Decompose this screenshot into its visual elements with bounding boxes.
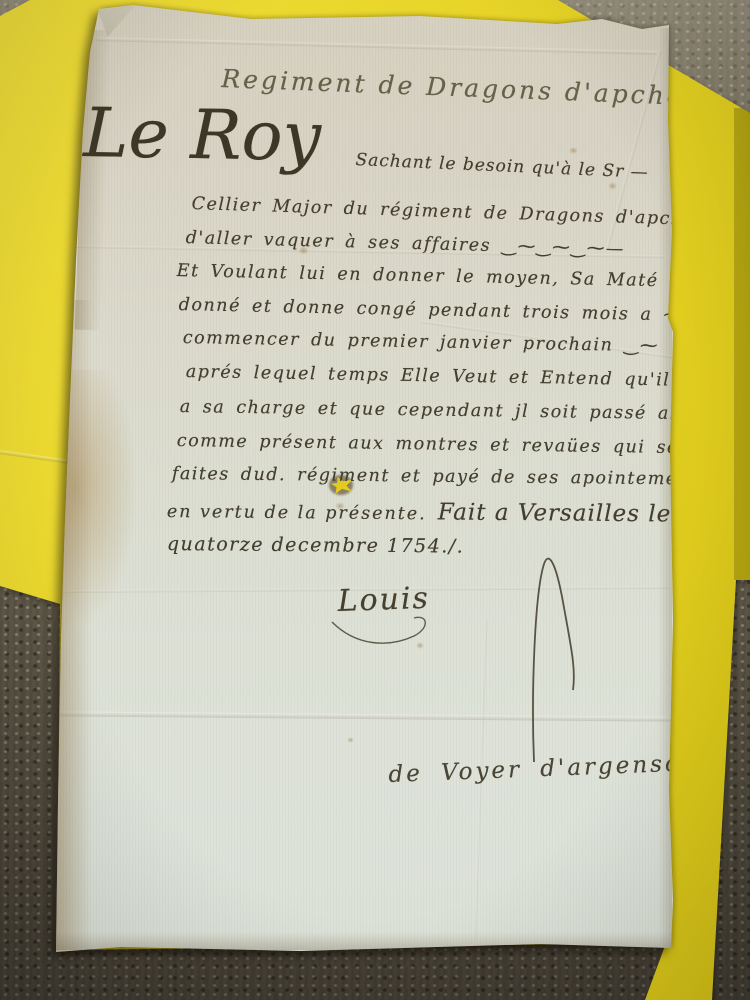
foxing-spot — [569, 147, 578, 154]
document-wrapper: Regiment de Dragons d'apchon Le Roy Sach… — [0, 0, 750, 1000]
royal-title-le-roy: Le Roy — [83, 100, 322, 172]
signature-underline-flourish — [326, 612, 446, 660]
secretary-paraph-stroke — [520, 550, 590, 772]
manuscript-document: Regiment de Dragons d'apchon Le Roy Sach… — [0, 0, 750, 1000]
date-line: quatorze decembre 1754./. — [167, 533, 465, 558]
closing-prefix: en vertu de la présente. — [167, 502, 427, 524]
foxing-spot — [347, 737, 354, 743]
photo-of-manuscript: Regiment de Dragons d'apchon Le Roy Sach… — [0, 0, 750, 1000]
foxing-spot — [608, 182, 617, 190]
closing-fait-versailles: Fait a Versailles le — [438, 499, 672, 527]
closing-line: en vertu de la présente. Fait a Versaill… — [167, 497, 672, 527]
